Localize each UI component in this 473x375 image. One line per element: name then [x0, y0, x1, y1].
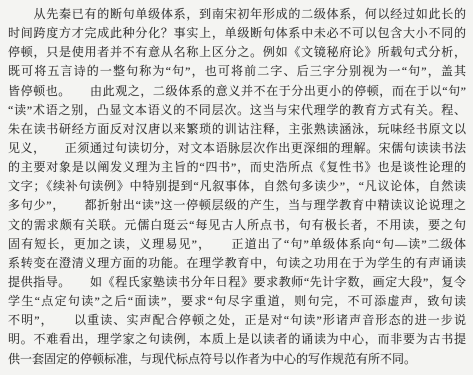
- text-line: 文的需求颇有关联。元儒白珽云“每见古人所点书，句有极长者，不用读，要之句: [8, 216, 466, 235]
- text-line: 文字；《续补句读例》中特别提到“凡叙事体，自然句多读少”，“凡议论体，自然读: [8, 177, 466, 196]
- text-line: “读”术语之别，凸显文本语义的不同层次。这当与宋代理学的教育方式有关。程、: [8, 101, 466, 120]
- text-line: 见义， 正须通过句读切分，对文本语脉层次作出更深细的理解。宋儒句读读书法: [8, 139, 466, 158]
- text-line: 学生“点定句读”之后“面读”，要求“句尽字重道，则句完，不可添虚声，致句读: [8, 292, 466, 311]
- text-line: 停顿，只是使用者并不有意从名称上区分之。例如《文镜秘府论》所载句式分析，: [8, 43, 466, 62]
- text-line: 从先秦已有的断句单级体系，到南宋初年形成的二级体系，何以经过如此长的: [8, 5, 466, 24]
- text-line: 皆停顿也。 由此观之，二级体系的意义并不在于分出更小的停顿，而在于以“句”: [8, 82, 466, 101]
- text-line: 朱在读书研经方面反对汉唐以来繁琐的训诂注释，主张熟读涵泳，玩味经书原文以: [8, 120, 466, 139]
- text-line: 不明”， 以重读、实声配合停顿之处，正是对“句读”形诸声音形态的进一步说: [8, 311, 466, 330]
- paragraph: 从先秦已有的断句单级体系，到南宋初年形成的二级体系，何以经过如此长的 时间跨度方…: [8, 5, 466, 369]
- text-line: 供一套固定的停顿标准，与现代标点符号以作者为中心的写作规范有所不同。: [8, 350, 466, 369]
- text-line: 的主要对象是以阐发义理为主旨的“四书”，而史浩所点《复性书》也是谈性论理的: [8, 158, 466, 177]
- text-line: 时间跨度方才完成此种分化？事实上，单级断句体系中未必不可以包含大小不同的: [8, 24, 466, 43]
- text-line: 固有短长，更加之读，义理易见”， 正道出了“句”单级体系向“句—读”二级体: [8, 235, 466, 254]
- document-page: 从先秦已有的断句单级体系，到南宋初年形成的二级体系，何以经过如此长的 时间跨度方…: [0, 0, 473, 375]
- text-line: 系转变在澄清义理方面的功能。在理学教育中，句读之功用在于为学生的有声诵读: [8, 254, 466, 273]
- text-line: 明。不难看出，理学家之句读例，本质上是以读者的诵读为中心，而非要为古书提: [8, 330, 466, 349]
- text-line: 既可将五言诗的一整句称为“句”，也可将前二字、后三字分别视为一“句”，盖其: [8, 62, 466, 81]
- text-line: 多句少”， 都折射出“读”这一停顿层级的产生，当与理学教育中精读议论说理之: [8, 196, 466, 215]
- text-line: 提供指导。 如《程氏家塾读书分年日程》要求教师“先计字数，画定大段”，复令: [8, 273, 466, 292]
